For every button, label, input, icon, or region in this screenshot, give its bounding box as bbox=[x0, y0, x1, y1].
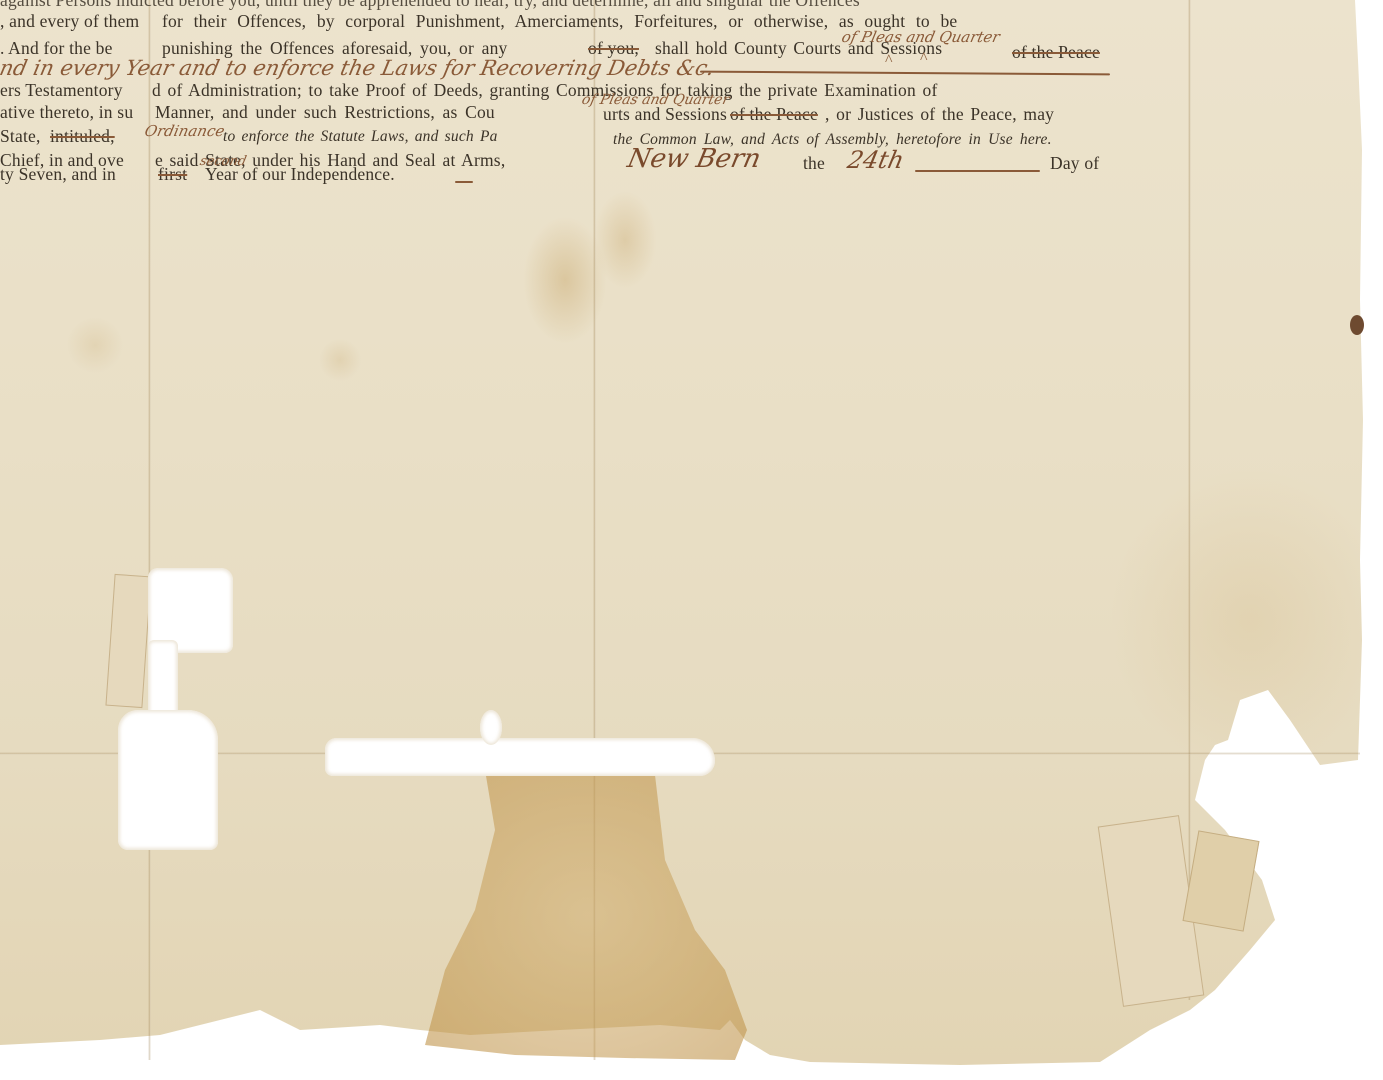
printed-line-9a: ty Seven, and in bbox=[0, 164, 116, 185]
manuscript-place: New Bern bbox=[625, 144, 764, 174]
printed-line-3e: of the Peace bbox=[1012, 42, 1100, 63]
manuscript-line-4: nd in every Year and to enforce the Laws… bbox=[0, 56, 716, 80]
printed-line-5b: d of Administration; to take Proof of De… bbox=[152, 80, 937, 101]
printed-line-8d: Day of bbox=[1050, 153, 1099, 174]
printed-line-6d: of the Peace bbox=[730, 104, 818, 125]
printed-line-7a: State, bbox=[0, 126, 41, 147]
manuscript-year-ordinal: second bbox=[198, 154, 247, 169]
printed-line-5a: ers Testamentory bbox=[0, 80, 123, 101]
printed-line-7c: to enforce the Statute Laws, and such Pa bbox=[223, 128, 498, 146]
manuscript-above-line3: of Pleas and Quarter bbox=[840, 28, 1001, 46]
hole-neck-left bbox=[148, 640, 178, 720]
ink-spot-edge bbox=[1350, 315, 1364, 335]
vertical-fold-left bbox=[148, 0, 151, 1060]
manuscript-ordinance: Ordinance bbox=[143, 122, 226, 140]
hole-small-tear bbox=[480, 710, 502, 745]
tear-horizontal bbox=[325, 738, 715, 776]
hole-lower-left bbox=[118, 710, 218, 850]
printed-line-2a: , and every of them bbox=[0, 11, 139, 32]
printed-line-7b: intituled, bbox=[50, 126, 115, 147]
printed-line-9b: first bbox=[158, 164, 187, 185]
printed-line-1: against Persons indicted before you, unt… bbox=[0, 0, 860, 11]
manuscript-day: 24th bbox=[845, 146, 907, 174]
insert-caret-1: ^ bbox=[885, 52, 893, 70]
vertical-fold-right bbox=[1188, 0, 1191, 1000]
manuscript-above-line6: of Pleas and Quarter bbox=[580, 92, 731, 108]
printed-line-6b: Manner, and under such Restrictions, as … bbox=[155, 102, 495, 123]
printed-line-8c: the bbox=[803, 153, 825, 174]
printed-line-2b: for their Offences, by corporal Punishme… bbox=[162, 11, 957, 32]
manuscript-blank-line bbox=[915, 170, 1040, 172]
insert-caret-2: ^ bbox=[920, 50, 928, 68]
printed-line-6e: , or Justices of the Peace, may bbox=[825, 104, 1054, 125]
printed-line-6a: ative thereto, in su bbox=[0, 102, 133, 123]
manuscript-end-dash bbox=[455, 181, 473, 183]
